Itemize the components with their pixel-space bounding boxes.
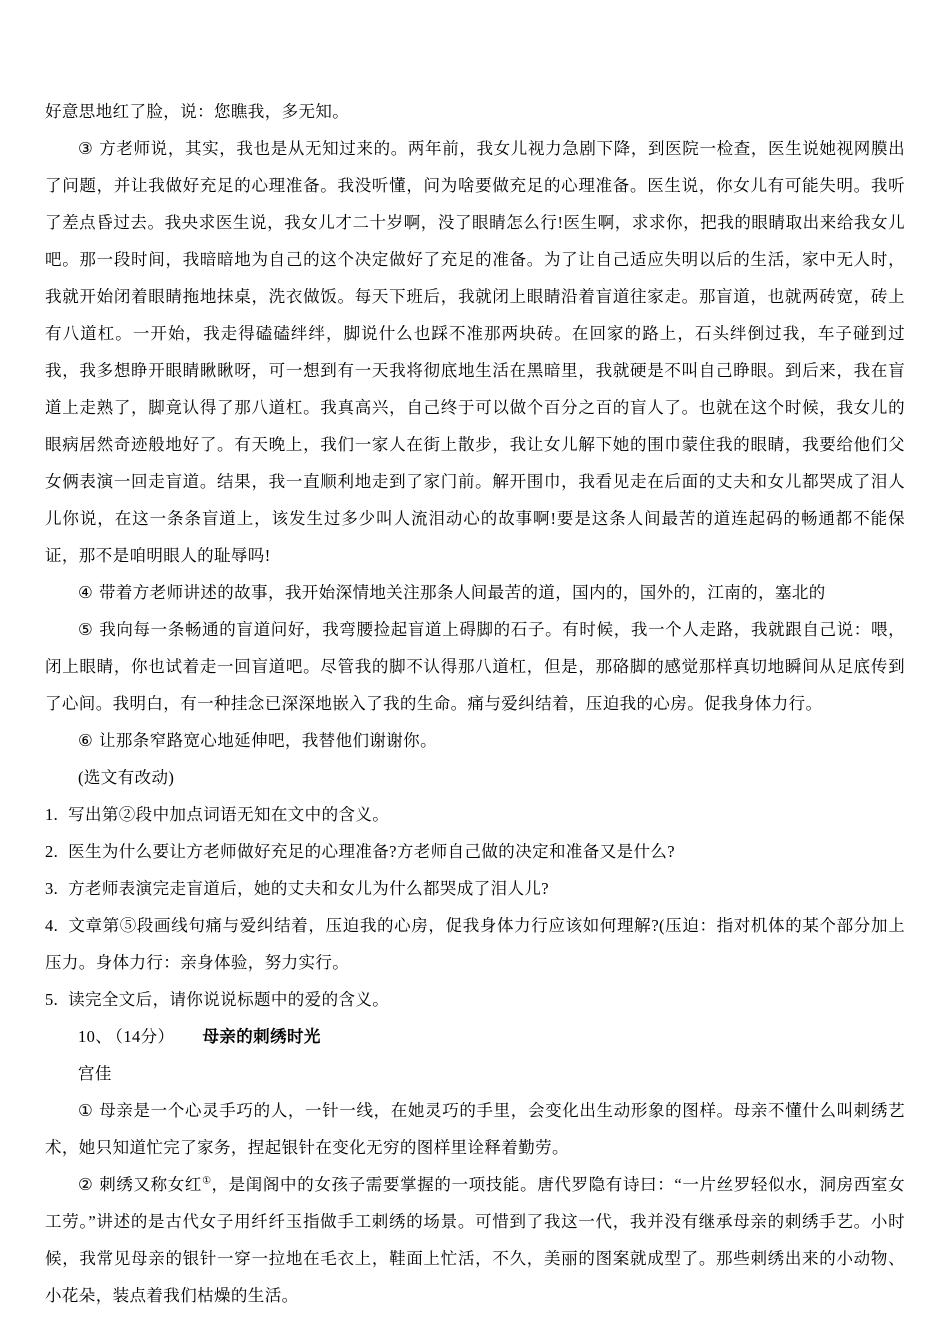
question-4: 4.文章第⑤段画线句痛与爱纠结着，压迫我的心房，促我身体力行应该如何理解?(压迫… (45, 907, 905, 981)
question-1-number: 1. (45, 805, 58, 824)
passage1-paragraph-4: ④带着方老师讲述的故事，我开始深情地关注那条人间最苦的道，国内的，国外的，江南的… (45, 574, 905, 611)
paragraph-marker-p2-2: ② (78, 1175, 93, 1194)
question-5-number: 5. (45, 990, 58, 1009)
source-note: (选文有改动) (45, 759, 905, 796)
paragraph-marker-3: ③ (78, 139, 93, 158)
paragraph-text: 带着方老师讲述的故事，我开始深情地关注那条人间最苦的道，国内的，国外的，江南的，… (99, 583, 826, 602)
question-1: 1.写出第②段中加点词语无知在文中的含义。 (45, 796, 905, 833)
passage2-score: （14分） (115, 1027, 175, 1046)
question-2-number: 2. (45, 842, 58, 861)
paragraph-text: 让那条窄路宽心地延伸吧，我替他们谢谢你。 (99, 731, 437, 750)
paragraph-marker-4: ④ (78, 583, 93, 602)
question-5-text: 读完全文后，请你说说标题中的爱的含义。 (68, 990, 389, 1009)
question-3: 3.方老师表演完走盲道后，她的丈夫和女儿为什么都哭成了泪人儿? (45, 870, 905, 907)
question-3-text: 方老师表演完走盲道后，她的丈夫和女儿为什么都哭成了泪人儿? (68, 879, 549, 898)
passage1-paragraph-3: ③方老师说，其实，我也是从无知过来的。两年前，我女儿视力急剧下降，到医院一检查，… (45, 130, 905, 574)
question-2-text: 医生为什么要让方老师做好充足的心理准备?方老师自己做的决定和准备又是什么? (68, 842, 675, 861)
passage2-title: 母亲的刺绣时光 (202, 1027, 320, 1046)
question-1-text: 写出第②段中加点词语无知在文中的含义。 (68, 805, 389, 824)
passage1-paragraph-5: ⑤我向每一条畅通的盲道问好，我弯腰捡起盲道上碍脚的石子。有时候，我一个人走路，我… (45, 611, 905, 722)
passage2-author: 宫佳 (45, 1055, 905, 1092)
question-3-number: 3. (45, 879, 58, 898)
paragraph-marker-6: ⑥ (78, 731, 93, 750)
paragraph-text-before-footnote: 刺绣又称女红 (99, 1175, 202, 1194)
question-5: 5.读完全文后，请你说说标题中的爱的含义。 (45, 981, 905, 1018)
document-page: 好意思地红了脸，说：您瞧我，多无知。 ③方老师说，其实，我也是从无知过来的。两年… (0, 0, 950, 1344)
passage1-paragraph-6: ⑥让那条窄路宽心地延伸吧，我替他们谢谢你。 (45, 722, 905, 759)
question-2: 2.医生为什么要让方老师做好充足的心理准备?方老师自己做的决定和准备又是什么? (45, 833, 905, 870)
passage2-number: 10、 (78, 1027, 112, 1046)
paragraph-marker-5: ⑤ (78, 620, 93, 639)
paragraph-marker-p2-1: ① (78, 1101, 93, 1120)
question-4-number: 4. (45, 916, 58, 935)
paragraph-text: 方老师说，其实，我也是从无知过来的。两年前，我女儿视力急剧下降，到医院一检查，医… (45, 139, 905, 565)
passage2-paragraph-2: ②刺绣又称女红①，是闺阁中的女孩子需要掌握的一项技能。唐代罗隐有诗曰：“一片丝罗… (45, 1166, 905, 1314)
leading-paragraph-tail: 好意思地红了脸，说：您瞧我，多无知。 (45, 93, 905, 130)
passage2-title-line: 10、（14分）母亲的刺绣时光 (45, 1018, 905, 1055)
paragraph-text: 母亲是一个心灵手巧的人，一针一线，在她灵巧的手里，会变化出生动形象的图样。母亲不… (45, 1101, 905, 1157)
paragraph-text-after-footnote: ，是闺阁中的女孩子需要掌握的一项技能。唐代罗隐有诗曰：“一片丝罗轻似水，洞房西室… (45, 1175, 905, 1305)
question-4-text: 文章第⑤段画线句痛与爱纠结着，压迫我的心房，促我身体力行应该如何理解?(压迫：指… (45, 916, 905, 972)
document-body: { "page": { "background_color": "#ffffff… (0, 0, 950, 1344)
paragraph-text: 我向每一条畅通的盲道问好，我弯腰捡起盲道上碍脚的石子。有时候，我一个人走路，我就… (45, 620, 905, 713)
passage2-paragraph-1: ①母亲是一个心灵手巧的人，一针一线，在她灵巧的手里，会变化出生动形象的图样。母亲… (45, 1092, 905, 1166)
document-content: 好意思地红了脸，说：您瞧我，多无知。 ③方老师说，其实，我也是从无知过来的。两年… (0, 0, 950, 1314)
